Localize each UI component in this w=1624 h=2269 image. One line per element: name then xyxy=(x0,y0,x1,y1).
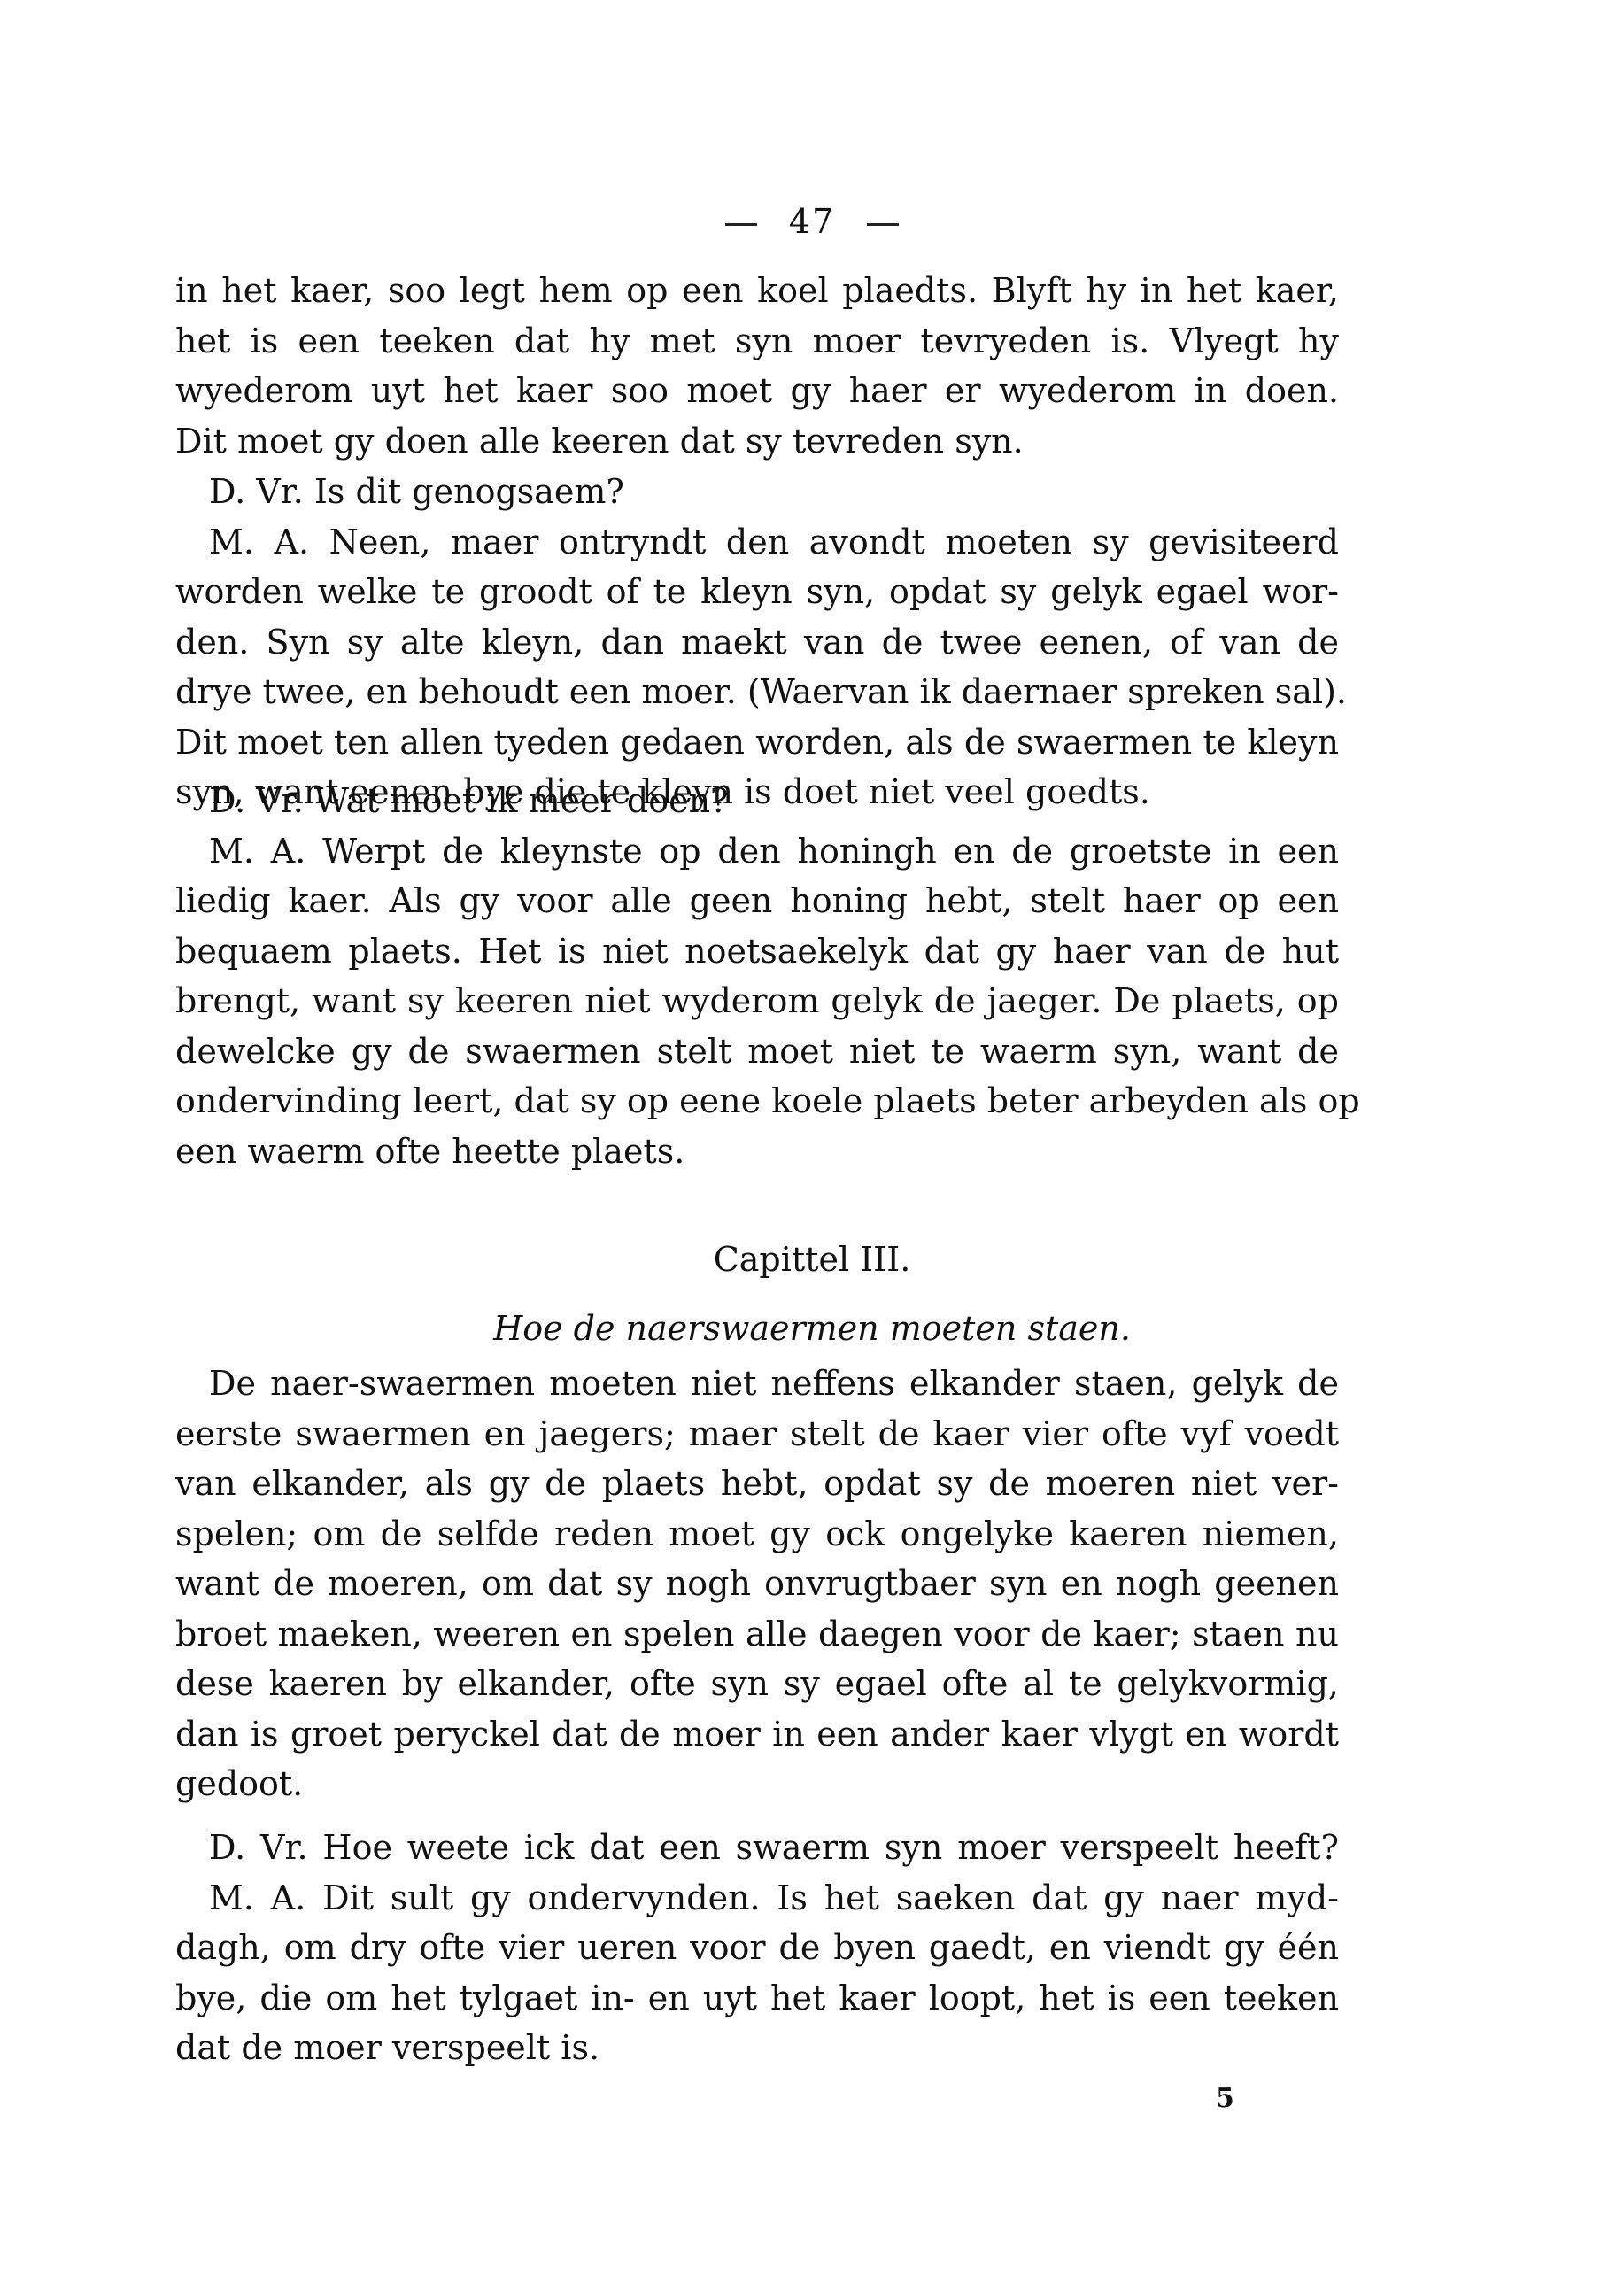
dash-ornament-left xyxy=(725,223,757,226)
text-line: Dit moet gy doen alle keeren dat sy tevr… xyxy=(175,416,1339,467)
text-line: eerste swaermen en jaegers; maer stelt d… xyxy=(175,1409,1339,1460)
answer-line: M. A. Werpt de kleynste op den honingh e… xyxy=(175,826,1339,877)
answer-line: dewelcke gy de swaermen stelt moet niet … xyxy=(175,1026,1339,1077)
chapter-subtitle: Hoe de naerswaermen moeten staen. xyxy=(0,1309,1624,1348)
answer-line: Dit moet ten allen tyeden gedaen worden,… xyxy=(175,717,1339,768)
text-line: gedoot. xyxy=(175,1759,1339,1809)
answer-line: ondervinding leert, dat sy op eene koele… xyxy=(175,1076,1339,1127)
qa-section-2: D. Vr. Wat moet ik meer doen? M. A. Werp… xyxy=(175,776,1339,1176)
text-line: dese kaeren by elkander, ofte syn sy ega… xyxy=(175,1659,1339,1709)
page-number: 47 xyxy=(789,202,835,241)
qa-section-3: D. Vr. Hoe weete ick dat een swaerm syn … xyxy=(175,1823,1339,2073)
text-line: want de moeren, om dat sy nogh onvrugtba… xyxy=(175,1559,1339,1609)
page-number-header: 47 xyxy=(0,202,1624,241)
question-line: D. Vr. Hoe weete ick dat een swaerm syn … xyxy=(175,1823,1339,1873)
qa-section-1: D. Vr. Is dit genogsaem? M. A. Neen, mae… xyxy=(175,467,1339,817)
chapter-paragraph: De naer-swaermen moeten niet neffens elk… xyxy=(175,1359,1339,1809)
text-line: dan is groet peryckel dat de moer in een… xyxy=(175,1709,1339,1760)
answer-line: brengt, want sy keeren niet wyderom gely… xyxy=(175,976,1339,1026)
chapter-title: Capittel III. xyxy=(0,1240,1624,1279)
answer-line: drye twee, en behoudt een moer. (Waervan… xyxy=(175,667,1339,717)
text-line: wyederom uyt het kaer soo moet gy haer e… xyxy=(175,366,1339,416)
book-page: 47 in het kaer, soo legt hem op een koel… xyxy=(0,0,1624,2269)
question-line: D. Vr. Wat moet ik meer doen? xyxy=(175,776,1339,826)
answer-line: M. A. Neen, maer ontryndt den avondt moe… xyxy=(175,517,1339,568)
text-line: De naer-swaermen moeten niet neffens elk… xyxy=(175,1359,1339,1409)
answer-line: worden welke te groodt of te kleyn syn, … xyxy=(175,567,1339,617)
answer-line: dat de moer verspeelt is. xyxy=(175,2023,1339,2073)
answer-line: dagh, om dry ofte vier ueren voor de bye… xyxy=(175,1923,1339,1973)
text-line: spelen; om de selfde reden moet gy ock o… xyxy=(175,1509,1339,1560)
text-line: het is een teeken dat hy met syn moer te… xyxy=(175,316,1339,367)
text-line: broet maeken, weeren en spelen alle daeg… xyxy=(175,1609,1339,1660)
text-line: in het kaer, soo legt hem op een koel pl… xyxy=(175,266,1339,316)
dash-ornament-right xyxy=(867,223,899,226)
text-line: van elkander, als gy de plaets hebt, opd… xyxy=(175,1459,1339,1509)
paragraph-continuation: in het kaer, soo legt hem op een koel pl… xyxy=(175,266,1339,466)
answer-line: den. Syn sy alte kleyn, dan maekt van de… xyxy=(175,617,1339,668)
answer-line: een waerm ofte heette plaets. xyxy=(175,1127,1339,1177)
signature-mark: 5 xyxy=(1216,2083,1234,2114)
answer-line: liedig kaer. Als gy voor alle geen honin… xyxy=(175,876,1339,926)
answer-line: M. A. Dit sult gy ondervynden. Is het sa… xyxy=(175,1873,1339,1924)
answer-line: bequaem plaets. Het is niet noetsaekelyk… xyxy=(175,926,1339,977)
answer-line: bye, die om het tylgaet in- en uyt het k… xyxy=(175,1973,1339,2024)
question-line: D. Vr. Is dit genogsaem? xyxy=(175,467,1339,517)
